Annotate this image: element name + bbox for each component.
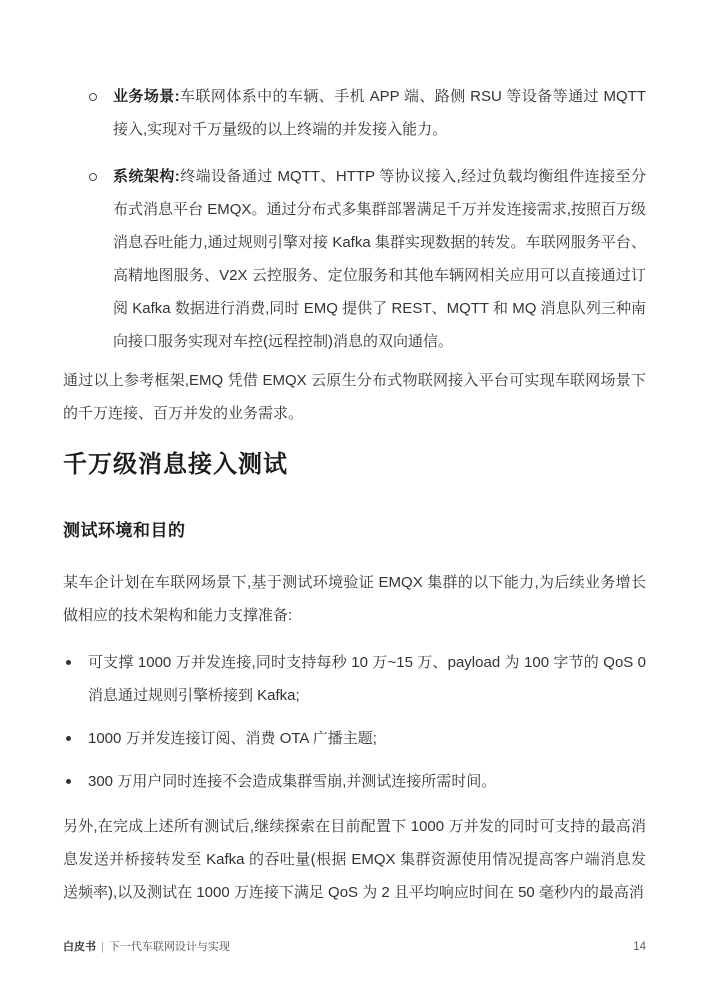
page-footer: 白皮书|下一代车联网设计与实现 14 <box>63 939 646 955</box>
list-item-text: 1000 万并发连接订阅、消费 OTA 广播主题; <box>88 730 377 747</box>
whitepaper-page: 业务场景:车联网体系中的车辆、手机 APP 端、路侧 RSU 等设备等通过 MQ… <box>0 0 710 1004</box>
footer-title: 白皮书|下一代车联网设计与实现 <box>63 939 230 955</box>
page-number: 14 <box>633 939 646 955</box>
list-item-goal-connections: 可支撑 1000 万并发连接,同时支持每秒 10 万~15 万、payload … <box>63 646 646 712</box>
list-item-goal-avalanche: 300 万用户同时连接不会造成集群雪崩,并测试连接所需时间。 <box>63 765 646 798</box>
overview-list: 业务场景:车联网体系中的车辆、手机 APP 端、路侧 RSU 等设备等通过 MQ… <box>63 80 646 358</box>
footer-separator: | <box>101 941 104 953</box>
summary-paragraph: 通过以上参考框架,EMQ 凭借 EMQX 云原生分布式物联网接入平台可实现车联网… <box>63 364 646 430</box>
list-item-label: 业务场景: <box>113 88 180 105</box>
section-title: 千万级消息接入测试 <box>63 448 646 482</box>
list-item-text: 终端设备通过 MQTT、HTTP 等协议接入,经过负载均衡组件连接至分布式消息平… <box>113 168 646 350</box>
list-item-label: 系统架构: <box>113 168 180 185</box>
footer-doc-title: 下一代车联网设计与实现 <box>109 941 230 953</box>
list-item-business-scenario: 业务场景:车联网体系中的车辆、手机 APP 端、路侧 RSU 等设备等通过 MQ… <box>63 80 646 146</box>
test-goals-list: 可支撑 1000 万并发连接,同时支持每秒 10 万~15 万、payload … <box>63 646 646 798</box>
intro-paragraph: 某车企计划在车联网场景下,基于测试环境验证 EMQX 集群的以下能力,为后续业务… <box>63 566 646 632</box>
list-item-text: 300 万用户同时连接不会造成集群雪崩,并测试连接所需时间。 <box>88 773 496 790</box>
disc-bullet-icon <box>66 736 71 741</box>
circle-bullet-icon <box>89 173 97 181</box>
page-content: 业务场景:车联网体系中的车辆、手机 APP 端、路侧 RSU 等设备等通过 MQ… <box>63 80 646 909</box>
list-item-system-architecture: 系统架构:终端设备通过 MQTT、HTTP 等协议接入,经过负载均衡组件连接至分… <box>63 160 646 358</box>
disc-bullet-icon <box>66 660 71 665</box>
list-item-text: 可支撑 1000 万并发连接,同时支持每秒 10 万~15 万、payload … <box>88 654 646 704</box>
circle-bullet-icon <box>89 93 97 101</box>
list-item-goal-subscribe: 1000 万并发连接订阅、消费 OTA 广播主题; <box>63 722 646 755</box>
footer-doc-type: 白皮书 <box>63 941 96 953</box>
list-item-text: 车联网体系中的车辆、手机 APP 端、路侧 RSU 等设备等通过 MQTT 接入… <box>113 88 646 138</box>
subsection-title: 测试环境和目的 <box>63 518 646 544</box>
disc-bullet-icon <box>66 779 71 784</box>
additional-paragraph: 另外,在完成上述所有测试后,继续探索在目前配置下 1000 万并发的同时可支持的… <box>63 810 646 909</box>
